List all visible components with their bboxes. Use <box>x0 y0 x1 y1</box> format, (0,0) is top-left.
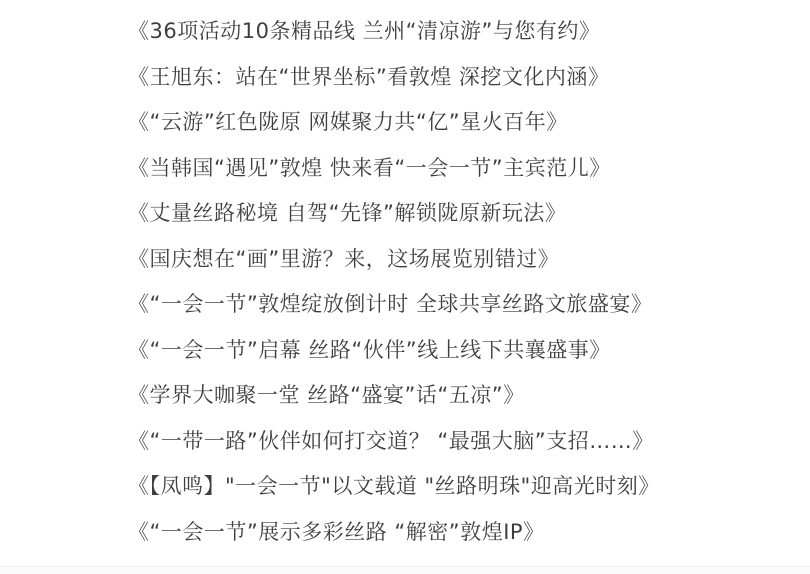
article-title-list: 《36项活动10条精品线 兰州“清凉游”与您有约》 《王旭东：站在“世界坐标”看… <box>0 0 810 555</box>
article-title: 《“一会一节”展示多彩丝路 “解密”敦煌IP》 <box>128 510 800 556</box>
article-title: 《王旭东：站在“世界坐标”看敦煌 深挖文化内涵》 <box>128 55 800 101</box>
article-title: 《国庆想在“画”里游？来，这场展览别错过》 <box>128 237 800 283</box>
article-title: 《“云游”红色陇原 网媒聚力共“亿”星火百年》 <box>128 100 800 146</box>
article-title: 《【凤鸣】"一会一节"以文载道 "丝路明珠"迎高光时刻》 <box>128 464 800 510</box>
article-title: 《学界大咖聚一堂 丝路“盛宴”话“五凉”》 <box>128 373 800 419</box>
article-title: 《当韩国“遇见”敦煌 快来看“一会一节”主宾范儿》 <box>128 146 800 192</box>
article-title: 《“一会一节”启幕 丝路“伙伴”线上线下共襄盛事》 <box>128 328 800 374</box>
page-bottom-edge-strip <box>0 566 810 574</box>
article-title: 《36项活动10条精品线 兰州“清凉游”与您有约》 <box>128 9 800 55</box>
article-title: 《“一带一路”伙伴如何打交道？ “最强大脑”支招……》 <box>128 419 800 465</box>
article-title: 《丈量丝路秘境 自驾“先锋”解锁陇原新玩法》 <box>128 191 800 237</box>
article-title: 《“一会一节”敦煌绽放倒计时 全球共享丝路文旅盛宴》 <box>128 282 800 328</box>
